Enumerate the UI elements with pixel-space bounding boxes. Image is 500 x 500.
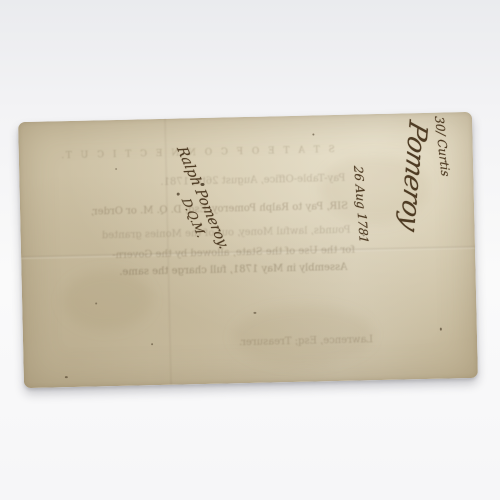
docket-signature-flourish: Pomeroy (394, 117, 432, 234)
paper-stain (61, 269, 152, 331)
docket-amount-annotation: 30/ Curtis (432, 116, 453, 177)
ink-speck (363, 234, 365, 236)
ink-speck (115, 168, 117, 170)
ink-speck (253, 312, 256, 314)
ink-speck (65, 376, 68, 378)
ghost-text-line: Assembly in May 1781, full charge the sa… (93, 262, 347, 279)
ink-speck (95, 302, 97, 304)
document-paper: S T A T E O F C O N N E C T I C U T. Pay… (18, 112, 478, 388)
ink-speck (151, 343, 153, 345)
ink-speck (177, 193, 180, 196)
ink-speck (312, 133, 314, 135)
document-photograph: S T A T E O F C O N N E C T I C U T. Pay… (0, 0, 500, 500)
ink-speck (440, 328, 442, 331)
ghost-text-line: S T A T E O F C O N N E C T I C U T. (89, 145, 335, 161)
